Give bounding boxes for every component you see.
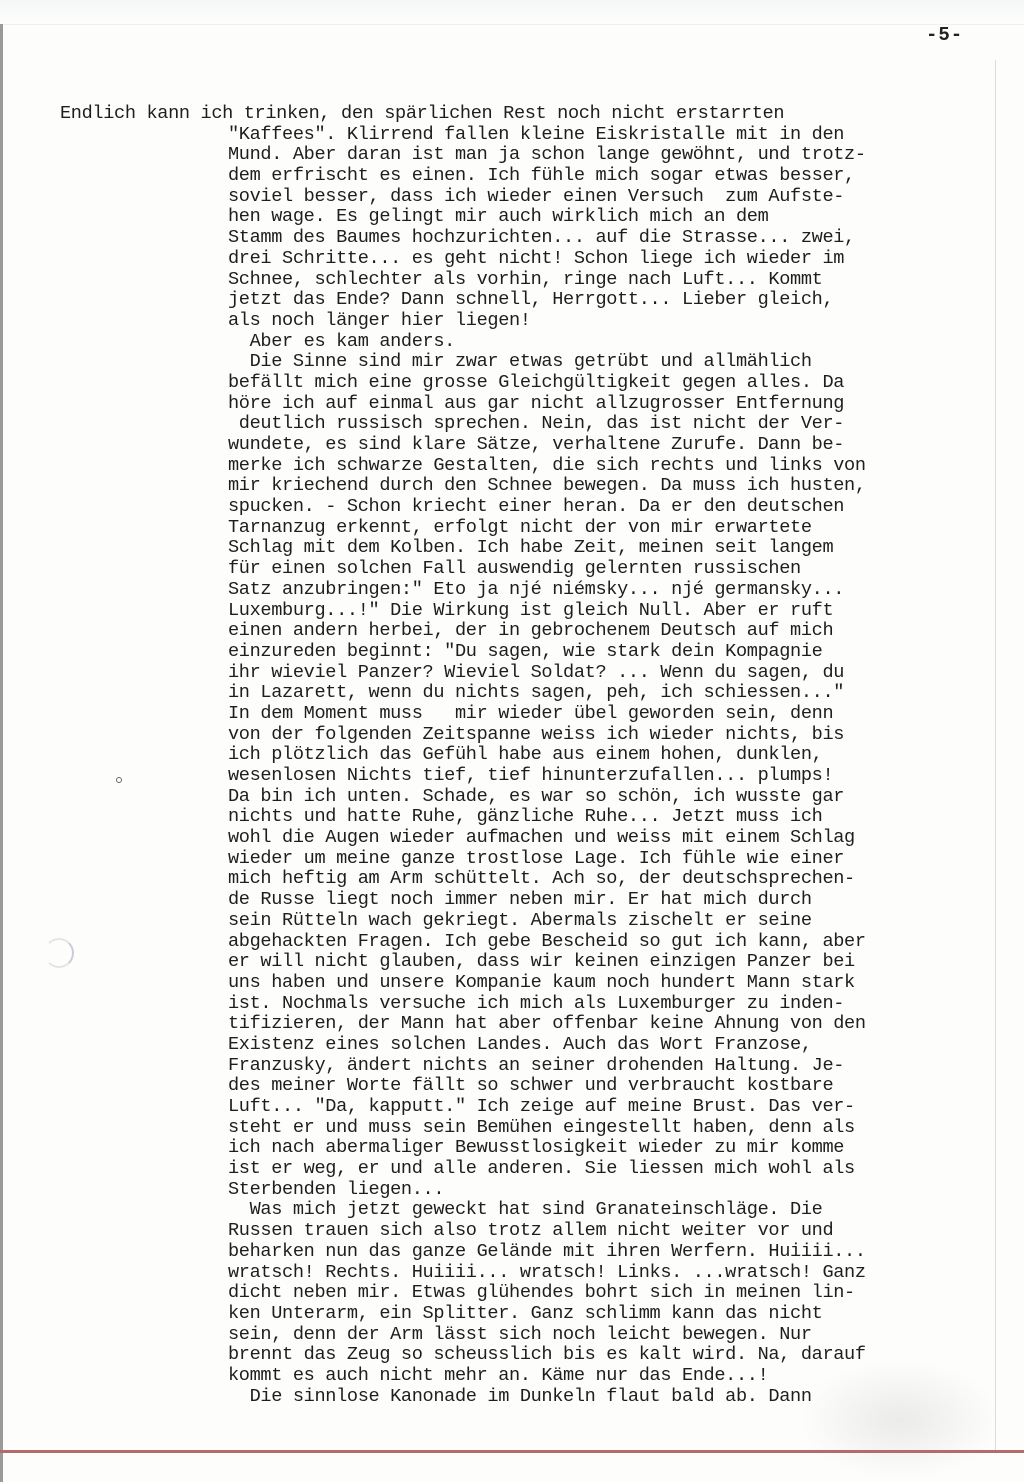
text-line: Was mich jetzt geweckt hat sind Granatei… [228,1200,1008,1221]
text-line: hen wage. Es gelingt mir auch wirklich m… [228,207,1008,228]
text-line: abgehackten Fragen. Ich gebe Bescheid so… [228,932,1008,953]
text-line: Schlag mit dem Kolben. Ich habe Zeit, me… [228,538,1008,559]
text-line: Mund. Aber daran ist man ja schon lange … [228,145,1008,166]
text-line: Russen trauen sich also trotz allem nich… [228,1221,1008,1242]
text-line: Die Sinne sind mir zwar etwas getrübt un… [228,352,1008,373]
text-line: merke ich schwarze Gestalten, die sich r… [228,456,1008,477]
text-line: Stamm des Baumes hochzurichten... auf di… [228,228,1008,249]
text-line: ich nach abermaliger Bewusstlosigkeit wi… [228,1138,1008,1159]
text-line: Existenz eines solchen Landes. Auch das … [228,1035,1008,1056]
text-line: wundete, es sind klare Sätze, verhaltene… [228,435,1008,456]
text-line: drei Schritte... es geht nicht! Schon li… [228,249,1008,270]
text-line: jetzt das Ende? Dann schnell, Herrgott..… [228,290,1008,311]
text-line: sein Rütteln wach gekriegt. Abermals zis… [228,911,1008,932]
text-line: Sterbenden liegen... [228,1180,1008,1201]
text-line: Luft... "Da, kapputt." Ich zeige auf mei… [228,1097,1008,1118]
bottom-edge-rule [0,1450,1024,1453]
text-line: einen andern herbei, der in gebrochenem … [228,621,1008,642]
page-number: -5- [926,24,963,46]
body-text: Endlich kann ich trinken, den spärlichen… [228,104,1008,1407]
text-line: steht er und muss sein Bemühen eingestel… [228,1118,1008,1139]
text-line: Da bin ich unten. Schade, es war so schö… [228,787,1008,808]
text-line: nichts und hatte Ruhe, gänzliche Ruhe...… [228,807,1008,828]
text-line: als noch länger hier liegen! [228,311,1008,332]
text-line: beharken nun das ganze Gelände mit ihren… [228,1242,1008,1263]
text-line: wohl die Augen wieder aufmachen und weis… [228,828,1008,849]
text-line: ich plötzlich das Gefühl habe aus einem … [228,745,1008,766]
text-line: befällt mich eine grosse Gleichgültigkei… [228,373,1008,394]
text-line: sein, denn der Arm lässt sich noch leich… [228,1325,1008,1346]
text-line: einzureden beginnt: "Du sagen, wie stark… [228,642,1008,663]
text-line: wratsch! Rechts. Huiiii... wratsch! Link… [228,1263,1008,1284]
text-line: wesenlosen Nichts tief, tief hinunterzuf… [228,766,1008,787]
text-line: mir kriechend durch den Schnee bewegen. … [228,476,1008,497]
text-line: dem erfrischt es einen. Ich fühle mich s… [228,166,1008,187]
text-line: "Kaffees". Klirrend fallen kleine Eiskri… [228,125,1008,146]
text-line: ist er weg, er und alle anderen. Sie lie… [228,1159,1008,1180]
text-line: soviel besser, dass ich wieder einen Ver… [228,187,1008,208]
text-line: Tarnanzug erkennt, erfolgt nicht der von… [228,518,1008,539]
text-line: in Lazarett, wenn du nichts sagen, peh, … [228,683,1008,704]
text-line: Satz anzubringen:" Eto ja njé niémsky...… [228,580,1008,601]
text-line: wieder um meine ganze trostlose Lage. Ic… [228,849,1008,870]
text-line: tifizieren, der Mann hat aber offenbar k… [228,1014,1008,1035]
text-line: ihr wieviel Panzer? Wieviel Soldat? ... … [228,663,1008,684]
text-line: Aber es kam anders. [228,332,1008,353]
text-line: Schnee, schlechter als vorhin, ringe nac… [228,270,1008,291]
text-line: In dem Moment muss mir wieder übel gewor… [228,704,1008,725]
text-line: deutlich russisch sprechen. Nein, das is… [228,414,1008,435]
typewritten-page: -5- Endlich kann ich trinken, den spärli… [0,0,1024,1482]
punch-hole-mark [44,938,74,968]
text-line: höre ich auf einmal aus gar nicht allzug… [228,394,1008,415]
text-line: mich heftig am Arm schüttelt. Ach so, de… [228,869,1008,890]
text-line: des meiner Worte fällt so schwer und ver… [228,1076,1008,1097]
text-line: von der folgenden Zeitspanne weiss ich w… [228,725,1008,746]
text-line: Franzusky, ändert nichts an seiner drohe… [228,1056,1008,1077]
text-line: dicht neben mir. Etwas glühendes bohrt s… [228,1283,1008,1304]
ink-dot-mark [116,777,122,783]
scan-smudge [800,1360,1000,1480]
text-line: er will nicht glauben, dass wir keinen e… [228,952,1008,973]
scan-left-edge [0,24,3,1482]
text-line: ist. Nochmals versuche ich mich als Luxe… [228,994,1008,1015]
text-line: spucken. - Schon kriecht einer heran. Da… [228,497,1008,518]
text-line: Luxemburg...!" Die Wirkung ist gleich Nu… [228,601,1008,622]
text-line: für einen solchen Fall auswendig gelernt… [228,559,1008,580]
scan-top-edge [0,0,1024,25]
text-line: Endlich kann ich trinken, den spärlichen… [60,104,1008,125]
text-line: de Russe liegt noch immer neben mir. Er … [228,890,1008,911]
text-line: ken Unterarm, ein Splitter. Ganz schlimm… [228,1304,1008,1325]
text-line: uns haben und unsere Kompanie kaum noch … [228,973,1008,994]
